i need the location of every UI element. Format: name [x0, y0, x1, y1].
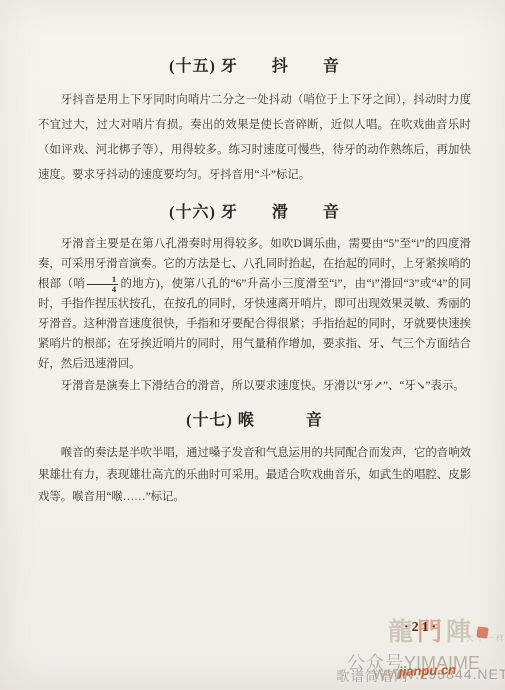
watermark-account-name: YIMAIME — [404, 653, 480, 673]
red-seal-icon — [476, 626, 488, 638]
page-number: ·21· — [404, 620, 439, 636]
section-16-paragraph-2: 牙滑音是演奏上下滑结合的滑音，所以要求速度快。牙滑以“牙↗”、“牙↘”表示。 — [38, 376, 471, 396]
section-17-throat-tone: (十七) 喉 音 喉音的奏法是半吹半唱，通过嗓子发音和气息运用的共同配合而发声，… — [38, 410, 471, 508]
stamp-side-note: 大不一样 — [466, 633, 505, 644]
stamp-character-1: 龍 — [388, 619, 417, 646]
section-15-title: (十五) 牙 抖 音 — [38, 56, 471, 78]
watermark-domain: WWW.293844.NET — [373, 666, 505, 682]
scanned-book-page: (十五) 牙 抖 音 牙抖音是用上下牙同时向哨片二分之一处抖动（哨位于上下牙之间… — [0, 0, 505, 690]
longmenzhen-stamp: 龍門陣 — [388, 612, 475, 648]
section-17-title: (十七) 喉 音 — [38, 410, 471, 432]
stamp-character-2: 門 — [417, 619, 446, 646]
section-16-paragraph-1: 牙滑音主要是在第八孔滑奏时用得较多。如吹D调乐曲，需要由“5”至“i”的四度滑奏… — [38, 234, 471, 374]
section-16-glissando: (十六) 牙 滑 音 牙滑音主要是在第八孔滑奏时用得较多。如吹D调乐曲，需要由“… — [38, 202, 471, 396]
watermark-site-name: 歌谱简谱网 — [336, 665, 409, 685]
watermark-overlay-domain: jianpu.cn — [399, 662, 457, 679]
section-16-title: (十六) 牙 滑 音 — [38, 202, 471, 224]
watermark-account-prefix: 公众号 — [347, 653, 404, 673]
watermark-account: 公众号YIMAIME — [347, 649, 480, 675]
page-content: (十五) 牙 抖 音 牙抖音是用上下牙同时向哨片二分之一处抖动（哨位于上下牙之间… — [0, 0, 505, 508]
fraction-denominator: 4 — [87, 285, 118, 294]
section-15-tremolo: (十五) 牙 抖 音 牙抖音是用上下牙同时向哨片二分之一处抖动（哨位于上下牙之间… — [38, 56, 471, 188]
fraction-one-quarter: 14 — [87, 275, 118, 294]
section-17-paragraph: 喉音的奏法是半吹半唱，通过嗓子发音和气息运用的共同配合而发声，它的音响效果雄壮有… — [38, 442, 471, 508]
stamp-character-3: 陣 — [446, 619, 475, 646]
section-15-paragraph: 牙抖音是用上下牙同时向哨片二分之一处抖动（哨位于上下牙之间），抖动时力度不宜过大… — [38, 88, 471, 188]
